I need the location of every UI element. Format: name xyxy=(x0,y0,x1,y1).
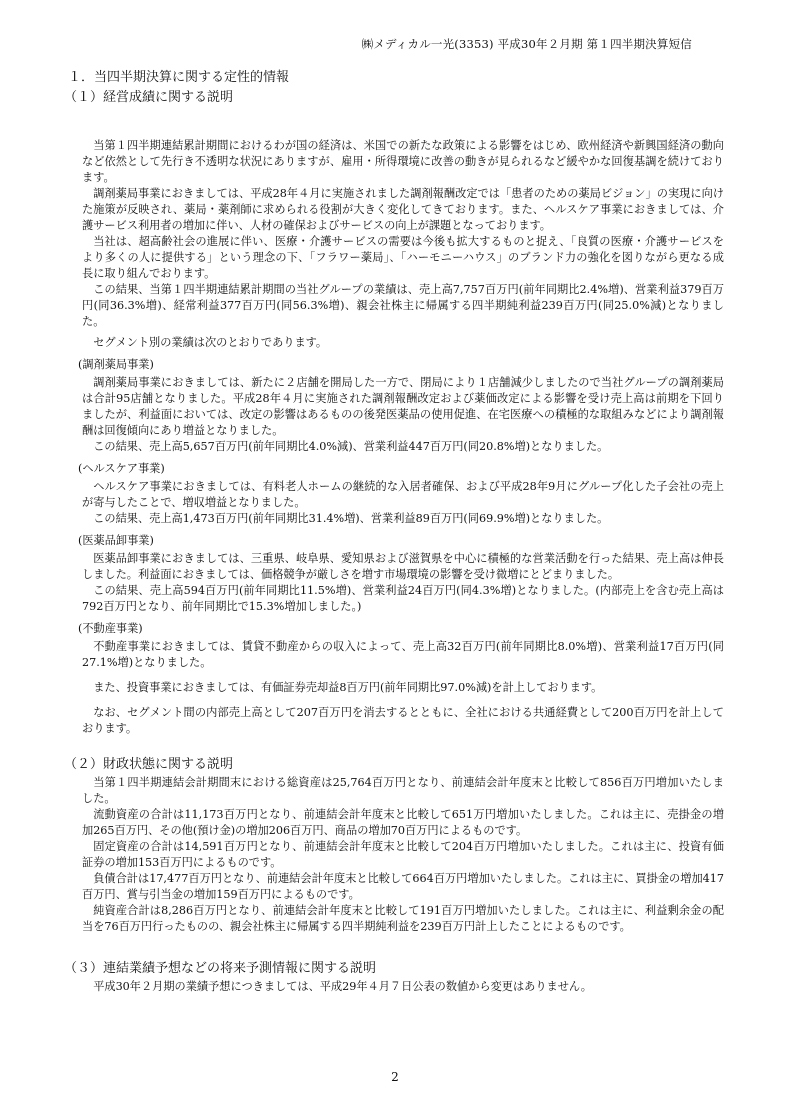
paragraph-fixed-assets: 固定資産の合計は14,591百万円となり、前連結会計年度末と比較して204百万円… xyxy=(82,839,724,871)
segment-heading-wholesale: (医薬品卸事業) xyxy=(78,533,724,549)
paragraph-wholesale-results: この結果、売上高594百万円(前年同期比11.5%増)、営業利益24百万円(同4… xyxy=(82,583,724,615)
paragraph-forecast: 平成30年２月期の業績予想につきましては、平成29年４月７日公表の数値から変更は… xyxy=(82,979,724,995)
paragraph-economy: 当第１四半期連結累計期間におけるわが国の経済は、米国での新たな政策による影響をは… xyxy=(82,138,724,186)
paragraph-real-estate-results: 不動産事業におきましては、賃貸不動産からの収入によって、売上高32百万円(前年同… xyxy=(82,639,724,671)
paragraph-company-policy: 当社は、超高齢社会の進展に伴い、医療・介護サービスの需要は今後も拡大するものと捉… xyxy=(82,234,724,282)
paragraph-healthcare-detail: ヘルスケア事業におきましては、有料老人ホームの継続的な入居者確保、および平成28… xyxy=(82,479,724,511)
document-body: １．当四半期決算に関する定性的情報 （１）経営成績に関する説明 当第１四半期連結… xyxy=(64,68,724,995)
paragraph-investment: また、投資事業におきましては、有価証券売却益8百万円(前年同期比97.0%減)を… xyxy=(82,680,724,696)
page-number: 2 xyxy=(0,1070,790,1084)
document-header: ㈱メディカル一光(3353) 平成30年２月期 第１四半期決算短信 xyxy=(362,36,692,52)
section-heading-1: １．当四半期決算に関する定性的情報 xyxy=(68,68,724,88)
paragraph-wholesale-detail: 医薬品卸事業におきましては、三重県、岐阜県、愛知県および滋賀県を中心に積極的な営… xyxy=(82,551,724,583)
subsection-heading-forecast: （３）連結業績予想などの将来予測情報に関する説明 xyxy=(64,959,724,979)
paragraph-group-results: この結果、当第１四半期連結累計期間の当社グループの業績は、売上高7,757百万円… xyxy=(82,282,724,330)
paragraph-total-assets: 当第１四半期連結会計期間末における総資産は25,764百万円となり、前連結会計年… xyxy=(82,775,724,807)
subsection-heading-business-results: （１）経営成績に関する説明 xyxy=(64,88,724,108)
paragraph-segment-intro: セグメント別の業績は次のとおりであります。 xyxy=(82,335,724,351)
paragraph-pharmacy-environment: 調剤薬局事業におきましては、平成28年４月に実施されました調剤報酬改定では「患者… xyxy=(82,186,724,234)
paragraph-pharmacy-results: この結果、売上高5,657百万円(前年同期比4.0%減)、営業利益447百万円(… xyxy=(82,439,724,455)
paragraph-pharmacy-detail: 調剤薬局事業におきましては、新たに２店舗を開局した一方で、閉局により１店舗減少し… xyxy=(82,375,724,439)
segment-heading-pharmacy: (調剤薬局事業) xyxy=(78,357,724,373)
segment-heading-healthcare: (ヘルスケア事業) xyxy=(78,461,724,477)
segment-heading-real-estate: (不動産事業) xyxy=(78,621,724,637)
paragraph-current-assets: 流動資産の合計は11,173百万円となり、前連結会計年度末と比較して651万円増… xyxy=(82,807,724,839)
subsection-heading-financial-position: （２）財政状態に関する説明 xyxy=(64,755,724,775)
paragraph-eliminations: なお、セグメント間の内部売上高として207百万円を消去するとともに、全社における… xyxy=(82,705,724,737)
paragraph-healthcare-results: この結果、売上高1,473百万円(前年同期比31.4%増)、営業利益89百万円(… xyxy=(82,511,724,527)
paragraph-liabilities: 負債合計は17,477百万円となり、前連結会計年度末と比較して664百万円増加い… xyxy=(82,871,724,903)
paragraph-net-assets: 純資産合計は8,286百万円となり、前連結会計年度末と比較して191百万円増加い… xyxy=(82,903,724,935)
